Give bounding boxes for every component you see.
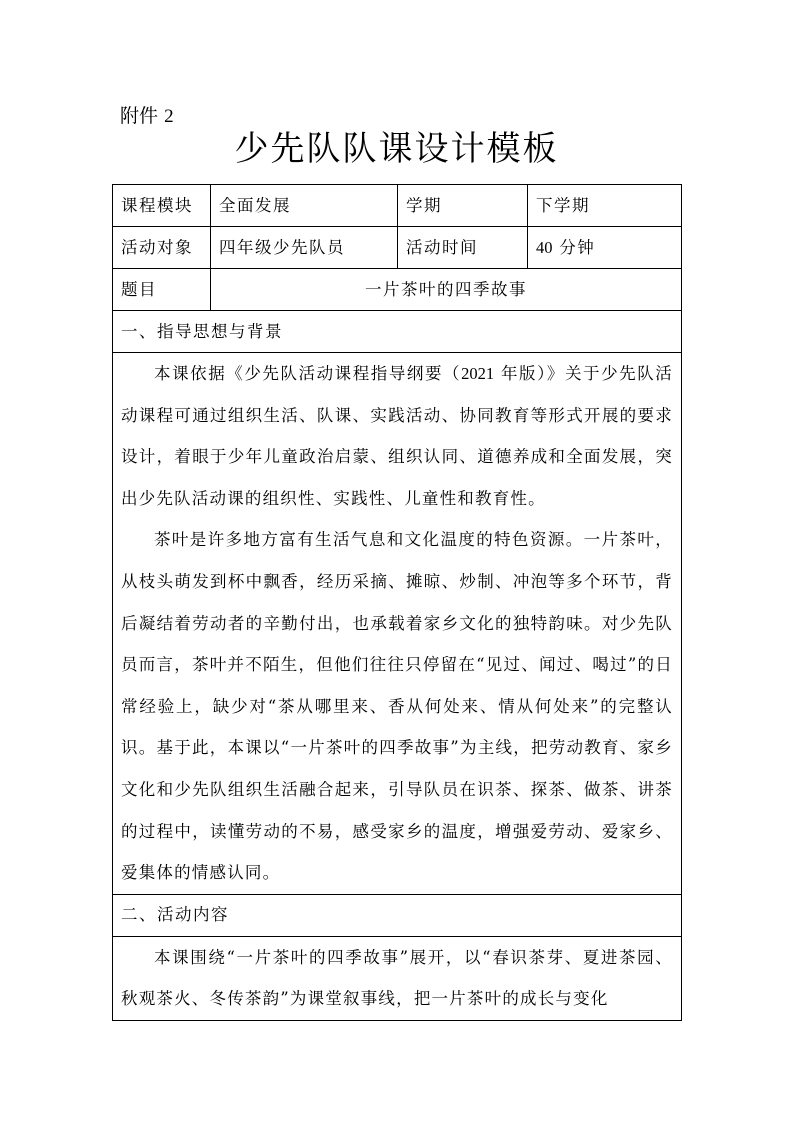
section-heading-activity-content: 二、活动内容 (113, 894, 682, 936)
time-value-number: 40 (536, 238, 553, 257)
paragraph-year: 2021 (461, 364, 494, 383)
document-title: 少先队队课设计模板 (0, 128, 793, 170)
table-row-module: 课程模块 全面发展 学期 下学期 (113, 185, 682, 227)
module-label: 课程模块 (113, 185, 211, 227)
section-content-guiding-ideas: 本课依据《少先队活动课程指导纲要（2021 年版）》关于少先队活动课程可通过组织… (113, 353, 682, 895)
paragraph-text-part: 年版）》关于少先队活动课程可通过组织生活、队课、实践活动、协同教育等形式开展的要… (121, 364, 673, 508)
table-row-section-2-content: 本课围绕“一片茶叶的四季故事”展开，以“春识茶芽、夏进茶园、秋观茶火、冬传茶韵”… (113, 936, 682, 1020)
target-label: 活动对象 (113, 227, 211, 269)
table-row-section-2-heading: 二、活动内容 (113, 894, 682, 936)
topic-label: 题目 (113, 269, 211, 311)
table-row-target: 活动对象 四年级少先队员 活动时间 40 分钟 (113, 227, 682, 269)
table-row-section-1-content: 本课依据《少先队活动课程指导纲要（2021 年版）》关于少先队活动课程可通过组织… (113, 353, 682, 895)
lesson-design-table: 课程模块 全面发展 学期 下学期 活动对象 四年级少先队员 活动时间 40 分钟… (112, 184, 682, 1021)
module-value: 全面发展 (211, 185, 398, 227)
time-value-unit: 分钟 (559, 238, 595, 257)
attachment-label-text: 附件 (120, 105, 158, 127)
attachment-label: 附件 2 (120, 104, 174, 129)
term-value: 下学期 (528, 185, 682, 227)
paragraph: 茶叶是许多地方富有生活气息和文化温度的特色资源。一片茶叶，从枝头萌发到杯中飘香，… (121, 519, 673, 893)
paragraph-text-part: 本课依据《少先队活动课程指导纲要（ (154, 364, 461, 383)
paragraph: 本课围绕“一片茶叶的四季故事”展开，以“春识茶芽、夏进茶园、秋观茶火、冬传茶韵”… (121, 937, 673, 1020)
table-row-topic: 题目 一片茶叶的四季故事 (113, 269, 682, 311)
paragraph: 本课依据《少先队活动课程指导纲要（2021 年版）》关于少先队活动课程可通过组织… (121, 353, 673, 519)
target-value: 四年级少先队员 (211, 227, 398, 269)
attachment-number: 2 (164, 106, 174, 127)
section-heading-guiding-ideas: 一、指导思想与背景 (113, 311, 682, 353)
term-label: 学期 (398, 185, 528, 227)
section-content-activity: 本课围绕“一片茶叶的四季故事”展开，以“春识茶芽、夏进茶园、秋观茶火、冬传茶韵”… (113, 936, 682, 1020)
table-row-section-1-heading: 一、指导思想与背景 (113, 311, 682, 353)
time-value: 40 分钟 (528, 227, 682, 269)
topic-value: 一片茶叶的四季故事 (211, 269, 682, 311)
time-label: 活动时间 (398, 227, 528, 269)
